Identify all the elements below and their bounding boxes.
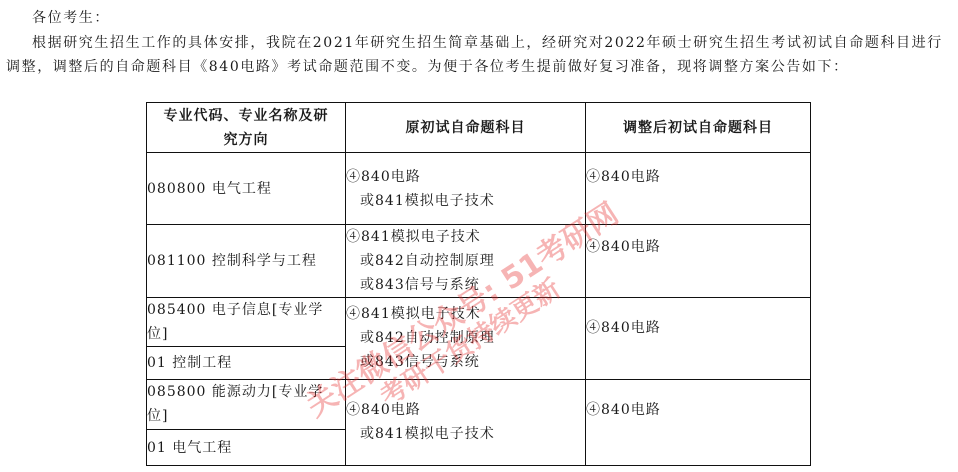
original-subject-line: 或843信号与系统 bbox=[346, 273, 585, 297]
adjusted-subject-cell: ④840电路 bbox=[586, 380, 811, 466]
header-major-line-1: 专业代码、专业名称及研 bbox=[147, 104, 345, 128]
original-subject-line: 或842自动控制原理 bbox=[346, 326, 585, 350]
original-subject-line: ④841模拟电子技术 bbox=[346, 302, 585, 326]
major-line-1: 085800 能源动力[专业学 bbox=[147, 380, 345, 404]
original-subject-cell: ④840电路 或841模拟电子技术 bbox=[346, 380, 586, 466]
major-cell: 085800 能源动力[专业学 位] bbox=[147, 380, 346, 430]
header-major: 专业代码、专业名称及研 究方向 bbox=[147, 103, 346, 153]
major-cell: 085400 电子信息[专业学 位] bbox=[147, 298, 346, 347]
table-header-row: 专业代码、专业名称及研 究方向 原初试自命题科目 调整后初试自命题科目 bbox=[147, 103, 811, 153]
major-line-2: 位] bbox=[147, 322, 345, 346]
original-subject-cell: ④841模拟电子技术 或842自动控制原理 或843信号与系统 bbox=[346, 225, 586, 298]
major-cell: 081100 控制科学与工程 bbox=[147, 225, 346, 298]
original-subject-cell: ④841模拟电子技术 或842自动控制原理 或843信号与系统 bbox=[346, 298, 586, 380]
adjusted-subject-cell: ④840电路 bbox=[586, 298, 811, 380]
adjusted-subject-cell: ④840电路 bbox=[586, 225, 811, 298]
major-line-2: 位] bbox=[147, 404, 345, 428]
table-row: 085800 能源动力[专业学 位] ④840电路 或841模拟电子技术 ④84… bbox=[147, 380, 811, 430]
table-row: 085400 电子信息[专业学 位] ④841模拟电子技术 或842自动控制原理… bbox=[147, 298, 811, 347]
original-subject-line: 或843信号与系统 bbox=[346, 350, 585, 374]
major-cell: 080800 电气工程 bbox=[147, 153, 346, 225]
original-subject-line: ④841模拟电子技术 bbox=[346, 225, 585, 249]
direction-cell: 01 电气工程 bbox=[147, 430, 346, 466]
subject-adjustment-table: 专业代码、专业名称及研 究方向 原初试自命题科目 调整后初试自命题科目 0808… bbox=[146, 102, 811, 466]
header-adjusted-subject: 调整后初试自命题科目 bbox=[586, 103, 811, 153]
table-row: 080800 电气工程 ④840电路 或841模拟电子技术 ④840电路 bbox=[147, 153, 811, 225]
header-original-subject: 原初试自命题科目 bbox=[346, 103, 586, 153]
paragraph-line-2: 调整，调整后的自命题科目《840电路》考试命题范围不变。为便于各位考生提前做好复… bbox=[6, 57, 849, 77]
direction-cell: 01 控制工程 bbox=[147, 347, 346, 380]
original-subject-line: 或841模拟电子技术 bbox=[346, 189, 585, 213]
header-major-line-2: 究方向 bbox=[147, 128, 345, 152]
paragraph-line-1: 根据研究生招生工作的具体安排，我院在2021年研究生招生简章基础上，经研究对20… bbox=[32, 33, 943, 53]
original-subject-line: ④840电路 bbox=[346, 165, 585, 189]
original-subject-line: ④840电路 bbox=[346, 398, 585, 422]
table-row: 081100 控制科学与工程 ④841模拟电子技术 或842自动控制原理 或84… bbox=[147, 225, 811, 298]
original-subject-line: 或841模拟电子技术 bbox=[346, 422, 585, 446]
greeting: 各位考生： bbox=[32, 8, 110, 28]
original-subject-line: 或842自动控制原理 bbox=[346, 249, 585, 273]
major-line-1: 085400 电子信息[专业学 bbox=[147, 298, 345, 322]
adjusted-subject-cell: ④840电路 bbox=[586, 153, 811, 225]
original-subject-cell: ④840电路 或841模拟电子技术 bbox=[346, 153, 586, 225]
